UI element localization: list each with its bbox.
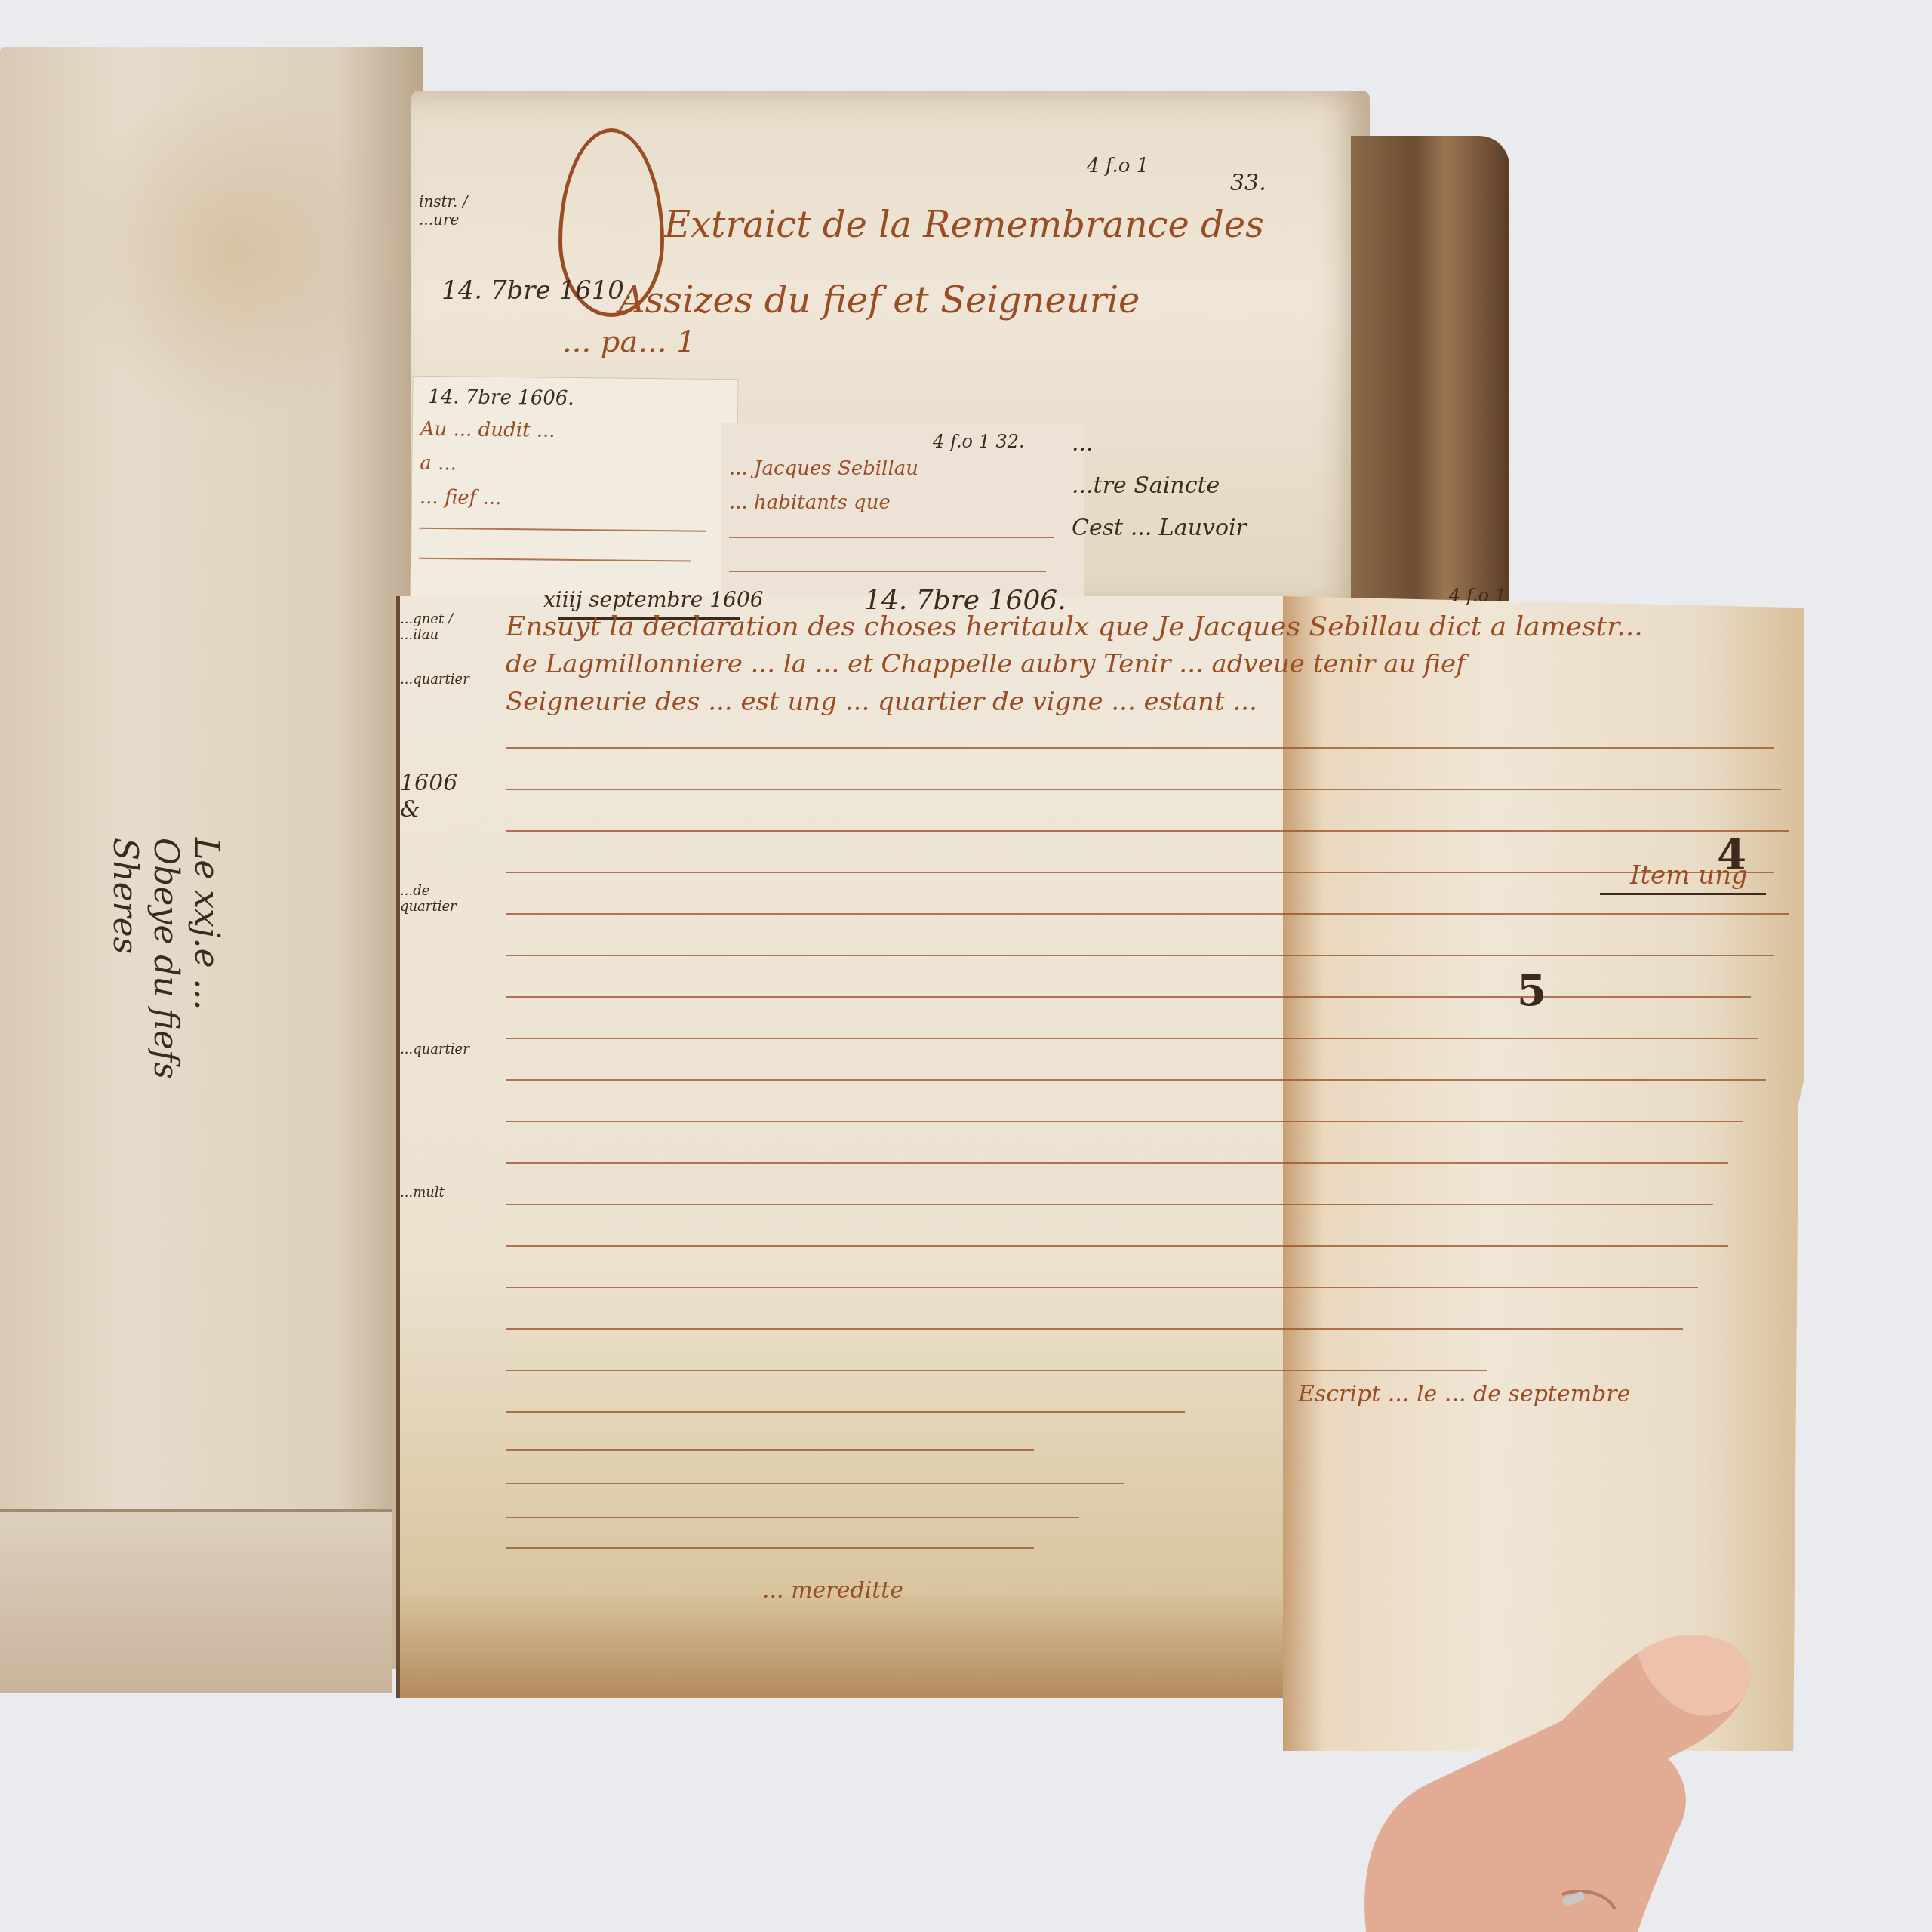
vertical-note-line: Le xxj.e ... xyxy=(186,838,226,1200)
margin-note: ...quartier xyxy=(400,1041,469,1057)
main-folio-mark: 4 f.o 1 xyxy=(1449,585,1506,606)
opening-line: Ensuyt la declaration des choses heritau… xyxy=(506,611,1643,642)
top-margin-note: instr. / ...ure xyxy=(419,192,479,229)
margin-note: ...de quartier xyxy=(400,883,483,915)
date-margin: 14. 7bre 1610. xyxy=(441,275,632,306)
slip-line: Au ... dudit ... xyxy=(420,418,555,442)
item-number-4: 4 xyxy=(1717,830,1746,880)
illegible-line xyxy=(729,537,1054,538)
item-underline xyxy=(1600,893,1766,895)
margin-note: ...gnet / ...ilau xyxy=(400,611,483,643)
vertical-note-line: Sheres xyxy=(104,838,145,1200)
closing-note: Escript ... le ... de septembre xyxy=(1298,1381,1630,1407)
vertical-note-line: Obeye du fiefs xyxy=(145,838,186,1200)
slip-date: 14. 7bre 1606. xyxy=(428,386,574,410)
illegible-line xyxy=(729,571,1046,572)
folio-number: 33. xyxy=(1230,170,1266,196)
title-line-3: ... pa... 1 xyxy=(562,325,696,359)
slip-line: a ... xyxy=(420,452,457,475)
margin-note: ...quartier xyxy=(400,672,469,688)
margin-note: 1606 & xyxy=(400,770,483,823)
slip-line: ... fief ... xyxy=(420,486,502,509)
slip-line: ... habitants que xyxy=(729,491,891,514)
signature-line: ... xyxy=(1072,423,1247,465)
item-number-5: 5 xyxy=(1517,966,1546,1016)
body-line-2: de Lagmillonniere ... la ... et Chappell… xyxy=(506,649,1466,679)
side-signature: ... ...tre Saincte Cest ... Lauvoir xyxy=(1072,423,1247,549)
inserted-slip-2: 4 f.o 1 32. ... Jacques Sebillau ... hab… xyxy=(721,423,1084,605)
water-stain xyxy=(60,77,408,424)
signature-line: Cest ... Lauvoir xyxy=(1072,507,1247,549)
title-line-2: Assizes du fief et Seigneurie xyxy=(619,279,1140,321)
inserted-slip-1: 14. 7bre 1606. Au ... dudit ... a ... ..… xyxy=(410,376,738,608)
header-note: xiiij septembre 1606 xyxy=(543,587,764,612)
title-line-1: Extraict de la Remembrance des xyxy=(664,204,1264,246)
folio-mark: 4 f.o 1 xyxy=(1087,155,1149,177)
vertical-note: Le xxj.e ... Obeye du fiefs Sheres xyxy=(104,838,226,1200)
illegible-line xyxy=(419,528,706,532)
slip-line: ... Jacques Sebillau xyxy=(729,457,918,480)
book-edge xyxy=(1351,136,1509,604)
slip-folio-mark: 4 f.o 1 32. xyxy=(933,431,1025,452)
hand xyxy=(1336,1607,1819,1932)
signature-line: ...tre Saincte xyxy=(1072,465,1247,507)
margin-note: ...mult xyxy=(400,1185,445,1201)
main-page xyxy=(396,596,1302,1698)
illegible-line xyxy=(419,558,691,562)
signature: ... mereditte xyxy=(762,1577,903,1604)
left-page-fold xyxy=(0,1509,392,1693)
body-line-3: Seigneurie des ... est ung ... quartier … xyxy=(506,687,1257,717)
folded-parchment-flap xyxy=(1283,596,1804,1751)
